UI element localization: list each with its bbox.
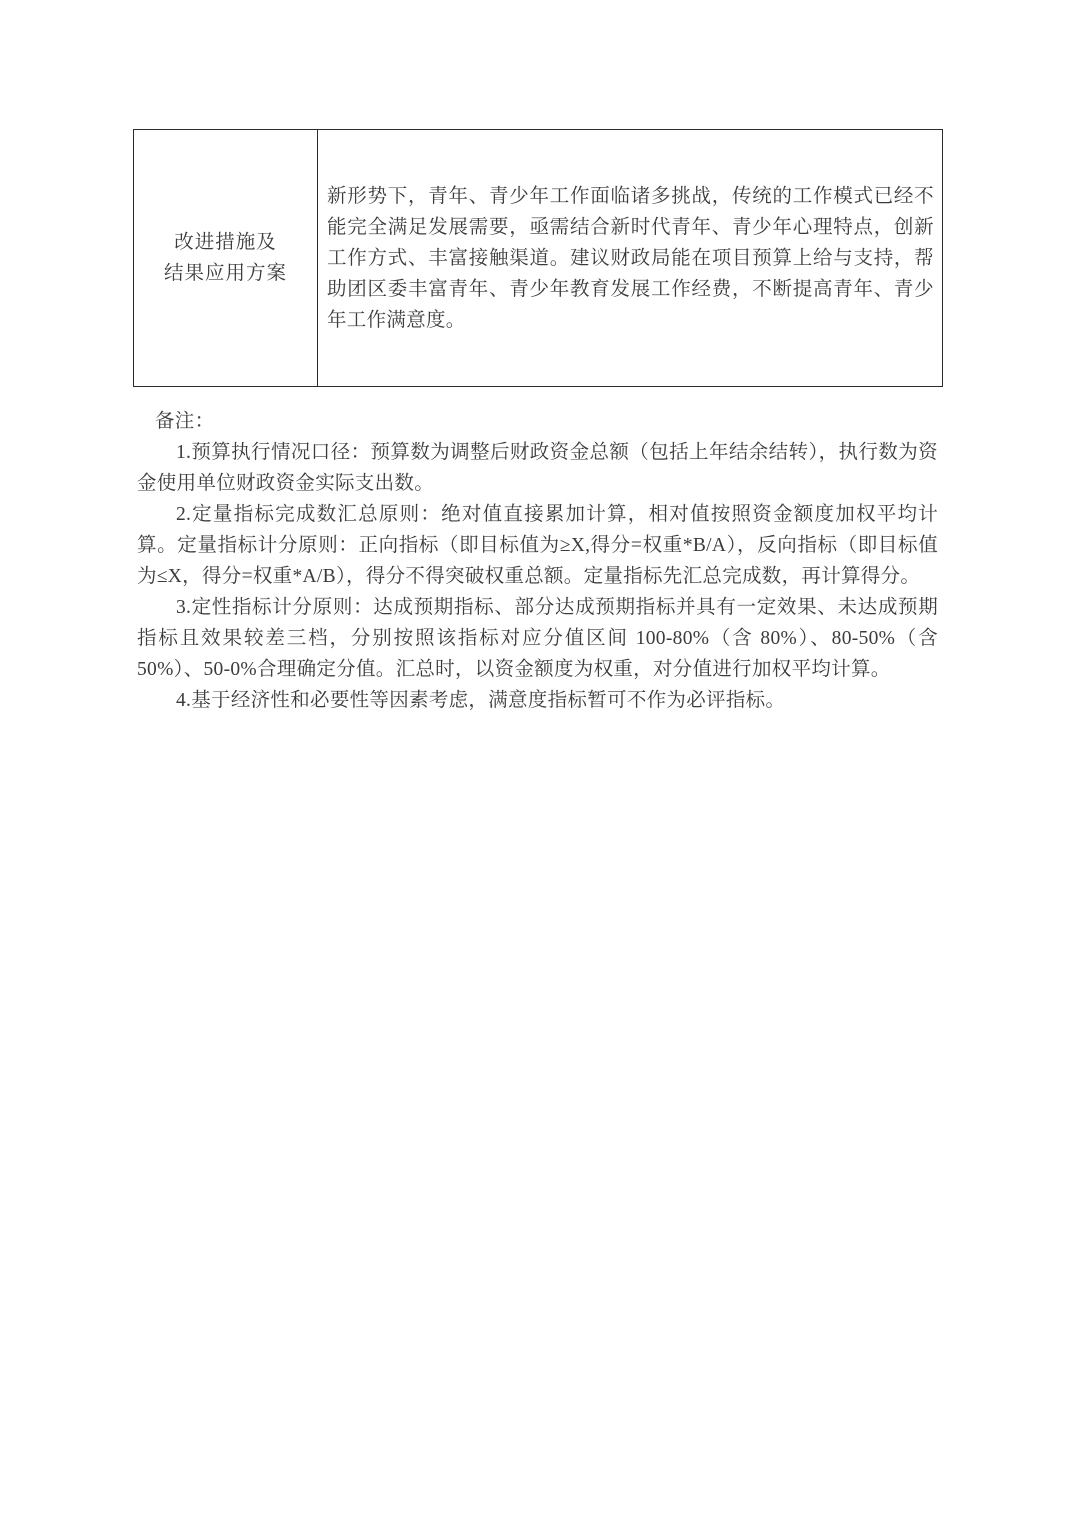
table-row-header-cell: 改进措施及 结果应用方案 [134, 130, 318, 386]
note-item-3: 3.定性指标计分原则：达成预期指标、部分达成预期指标并具有一定效果、未达成预期指… [137, 592, 938, 685]
notes-section: 备注： 1.预算执行情况口径：预算数为调整后财政资金总额（包括上年结余结转），执… [137, 406, 938, 716]
row-header-line-2: 结果应用方案 [164, 258, 287, 289]
notes-heading: 备注： [137, 406, 938, 437]
table-content-cell: 新形势下，青年、青少年工作面临诸多挑战，传统的工作模式已经不能完全满足发展需要，… [318, 130, 942, 386]
note-item-2: 2.定量指标完成数汇总原则：绝对值直接累加计算，相对值按照资金额度加权平均计算。… [137, 499, 938, 592]
document-page: 改进措施及 结果应用方案 新形势下，青年、青少年工作面临诸多挑战，传统的工作模式… [0, 0, 1074, 1520]
note-item-1: 1.预算执行情况口径：预算数为调整后财政资金总额（包括上年结余结转），执行数为资… [137, 437, 938, 499]
improvement-measures-table: 改进措施及 结果应用方案 新形势下，青年、青少年工作面临诸多挑战，传统的工作模式… [133, 129, 943, 387]
note-item-4: 4.基于经济性和必要性等因素考虑，满意度指标暂可不作为必评指标。 [137, 685, 938, 716]
row-header-line-1: 改进措施及 [174, 227, 277, 258]
improvement-measures-text: 新形势下，青年、青少年工作面临诸多挑战，传统的工作模式已经不能完全满足发展需要，… [327, 181, 934, 336]
